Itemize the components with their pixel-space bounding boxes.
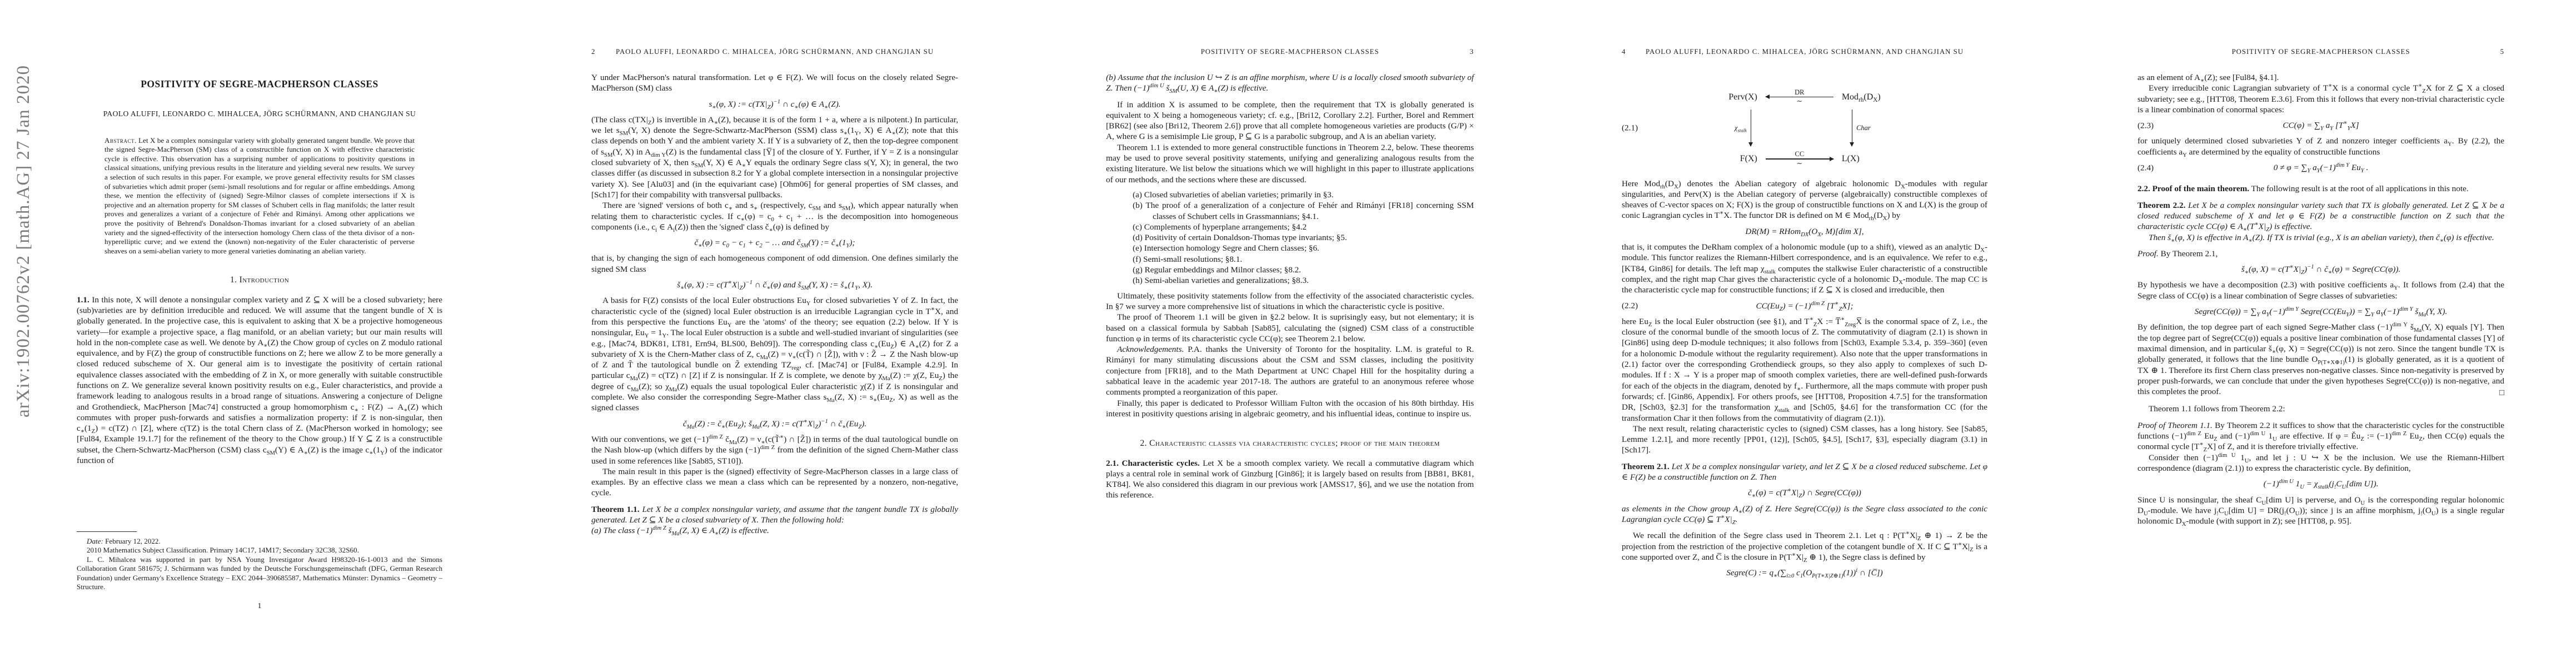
equation-number: (2.2) [1622, 301, 1638, 311]
equation-number: (2.4) [2137, 162, 2154, 173]
paragraph-lead: Theorem 2.1. [1622, 462, 1670, 471]
paragraph: Here Modrh(DX) denotes the Abelian categ… [1622, 178, 1987, 221]
left-arrow: DR∼ [1763, 89, 1836, 105]
paragraph-lead: Proof. [2137, 249, 2159, 258]
diagram-node-modrh: Modrh(DX) [1842, 92, 1881, 102]
paragraph: Theorem 1.1 follows from Theorem 2.2: [2137, 404, 2504, 414]
paragraph: There are 'signed' versions of both c∗ a… [591, 200, 958, 232]
equation: Segre(CC(φ)) = ∑Y aY(−1)dim Y Segre(CC(E… [2195, 306, 2448, 317]
paragraph: 2.1. Characteristic cycles. Let X be a s… [1106, 458, 1474, 501]
paragraph: We recall the definition of the Segre cl… [1622, 530, 1987, 563]
display-equation: š∗(φ, X) := c(T∗X|Z)−1 ∩ č∗(φ) and šSM(Y… [591, 280, 958, 290]
equation-number: (2.1) [1622, 123, 1638, 133]
paragraph: (a) The class (−1)dim Z šMa(Z, X) ∈ A∗(Z… [591, 525, 958, 536]
paragraph: for uniquely determined closed subvariet… [2137, 136, 2504, 157]
running-head: 4PAOLO ALUFFI, LEONARDO C. MIHALCEA, JÖR… [1622, 47, 1987, 56]
paper-title: POSITIVITY OF SEGRE-MACPHERSON CLASSES [77, 79, 442, 89]
paragraph-lead: 2.2. Proof of the main theorem. [2137, 184, 2249, 193]
diagram-node-l: L(X) [1842, 153, 1881, 164]
pdf-canvas: { "watermark": "arXiv:1902.00762v2 [math… [0, 0, 2576, 667]
footnote: Date: February 12, 2022. [77, 537, 442, 546]
paragraph-lead: Theorem 2.2. [2137, 201, 2185, 210]
list-item: (g) Regular embeddings and Milnor classe… [1106, 265, 1474, 275]
qed-box: □ [2499, 387, 2504, 398]
display-equation: š∗(φ, X) = c(T∗X|Z)−1 ∩ č∗(φ) = Segre(CC… [2137, 264, 2504, 275]
page-5: 5POSITIVITY OF SEGRE-MACPHERSON CLASSESa… [2137, 47, 2504, 611]
list-item: (f) Semi-small resolutions; §8.1. [1106, 254, 1474, 265]
display-equation: čMa(Z) := č∗(EuZ); šMa(Z, X) := c(T∗X|Z)… [591, 419, 958, 429]
paragraph: Ultimately, these positivity statements … [1106, 291, 1474, 312]
equation: CC(EuZ) = (−1)dim Z [T∗ZX]; [1756, 301, 1853, 311]
paragraph-lead: 2.1. Characteristic cycles. [1106, 459, 1200, 468]
list-item: (h) Semi-abelian varieties and generaliz… [1106, 275, 1474, 286]
footnote-rule [77, 531, 137, 532]
commutative-diagram: (2.1)Perv(X)DR∼Modrh(DX)χstalkCharF(X)CC… [1622, 89, 1987, 167]
page-number: 1 [77, 601, 442, 611]
paragraph: A basis for F(Z) consists of the local E… [591, 295, 958, 413]
list: (a) Closed subvarieties of abelian varie… [1106, 190, 1474, 286]
paragraph: Then š∗(φ, X) is effective in A∗(Z). If … [2137, 232, 2504, 243]
paragraph: The next result, relating characteristic… [1622, 424, 1987, 456]
paragraph-lead: Theorem 1.1. [591, 505, 640, 514]
equation: š∗(φ, X) = c(T∗X|Z)−1 ∩ č∗(φ) = Segre(CC… [2241, 264, 2400, 275]
diagram-grid: Perv(X)DR∼Modrh(DX)χstalkCharF(X)CC∼L(X) [1622, 89, 1987, 167]
equation: č∗(φ) = c0 − c1 + c2 − … and čSM(Y) := č… [695, 237, 855, 248]
paragraph: as an element of A∗(Z); see [Ful84, §4.1… [2137, 72, 2504, 83]
paragraph: The main result in this paper is the (si… [591, 466, 958, 499]
paragraph: Since U is nonsingular, the sheaf CU[dim… [2137, 495, 2504, 527]
display-equation: s∗(φ, X) := c(TX|Z)−1 ∩ c∗(φ) ∈ A∗(Z). [591, 99, 958, 109]
page-1: POSITIVITY OF SEGRE-MACPHERSON CLASSESPA… [77, 47, 442, 611]
diagram-node-f: F(X) [1728, 153, 1757, 164]
paragraph: Theorem 1.1 is extended to more general … [1106, 142, 1474, 185]
display-equation: č∗(φ) = c(T∗X|Z) ∩ Segre(CC(φ)) [1622, 487, 1987, 498]
page-2: 2PAOLO ALUFFI, LEONARDO C. MIHALCEA, JÖR… [591, 47, 958, 611]
equation: CC(φ) = ∑Y aY [T∗YX] [2283, 120, 2359, 131]
paragraph: The proof of Theorem 1.1 will be given i… [1106, 312, 1474, 344]
running-title: POSITIVITY OF SEGRE-MACPHERSON CLASSES [1106, 47, 1474, 57]
section-heading: 2. Characteristic classes via characteri… [1123, 438, 1457, 449]
paragraph: as elements in the Chow group A∗(Z) of Z… [1622, 504, 1987, 525]
down-arrow-char: Char [1842, 107, 1881, 149]
paragraph: Theorem 2.2. Let X be a complex nonsingu… [2137, 200, 2504, 232]
running-head: 3POSITIVITY OF SEGRE-MACPHERSON CLASSES [1106, 47, 1474, 56]
abstract-label: Abstract. [104, 136, 137, 145]
page-3: 3POSITIVITY OF SEGRE-MACPHERSON CLASSES … [1106, 47, 1474, 611]
list-item: (b) The proof of a generalization of a c… [1106, 200, 1474, 222]
equation: 0 ≠ φ = ∑Y aY(−1)dim Y EuY . [2274, 162, 2369, 173]
paragraph: Finally, this paper is dedicated to Prof… [1106, 398, 1474, 420]
display-equation: (−1)dim U 1U = χstalk(j!CU[dim U]). [2137, 479, 2504, 489]
paragraph: Consider then (−1)dim U 1U, and let j : … [2137, 452, 2504, 474]
paragraph: Proof of Theorem 1.1. By Theorem 2.2 it … [2137, 420, 2504, 452]
display-equation: DR(M) = RHomDX(OX, M)[dim X], [1622, 226, 1987, 237]
display-equation: (2.4)0 ≠ φ = ∑Y aY(−1)dim Y EuY . [2137, 162, 2504, 173]
equation: s∗(φ, X) := c(TX|Z)−1 ∩ c∗(φ) ∈ A∗(Z). [709, 99, 840, 109]
running-head: 5POSITIVITY OF SEGRE-MACPHERSON CLASSES [2137, 47, 2504, 56]
footnote: L. C. Mihalcea was supported in part by … [77, 555, 442, 592]
running-head: 2PAOLO ALUFFI, LEONARDO C. MIHALCEA, JÖR… [591, 47, 958, 56]
display-equation: (2.3)CC(φ) = ∑Y aY [T∗YX] [2137, 120, 2504, 131]
paragraph: Y under MacPherson's natural transformat… [591, 72, 958, 94]
right-arrow: CC∼ [1763, 151, 1836, 167]
paragraph: 2.2. Proof of the main theorem. The foll… [2137, 183, 2504, 194]
paragraph: If in addition X is assumed to be comple… [1106, 99, 1474, 142]
paragraph: Every irreducible conic Lagrangian subva… [2137, 83, 2504, 115]
list-item: (a) Closed subvarieties of abelian varie… [1106, 190, 1474, 200]
equation: č∗(φ) = c(T∗X|Z) ∩ Segre(CC(φ)) [1748, 487, 1861, 498]
down-arrow-stalk: χstalk [1728, 107, 1757, 149]
page-4: 4PAOLO ALUFFI, LEONARDO C. MIHALCEA, JÖR… [1622, 47, 1987, 611]
running-title: POSITIVITY OF SEGRE-MACPHERSON CLASSES [2137, 47, 2504, 57]
running-title: PAOLO ALUFFI, LEONARDO C. MIHALCEA, JÖRG… [1622, 47, 1987, 57]
list-item: (e) Intersection homology Segre and Cher… [1106, 243, 1474, 253]
arxiv-watermark: arXiv:1902.00762v2 [math.AG] 27 Jan 2020 [13, 53, 34, 429]
paragraph: By hypothesis we have a decomposition (2… [2137, 280, 2504, 301]
display-equation: Segre(C) := q∗(∑i≥0 c1(OP(T∗X|Z⊕1)(1))i … [1622, 568, 1987, 578]
equation-number: (2.3) [2137, 120, 2154, 131]
paragraph-lead: Acknowledgements. [1117, 345, 1184, 354]
running-title: PAOLO ALUFFI, LEONARDO C. MIHALCEA, JÖRG… [591, 47, 958, 57]
paragraph: Acknowledgements. P.A. thanks the Univer… [1106, 344, 1474, 397]
section-heading: 1. Introduction [93, 275, 426, 285]
footnote-lead: Date: [87, 537, 103, 545]
equation: (−1)dim U 1U = χstalk(j!CU[dim U]). [2264, 479, 2379, 489]
display-equation: Segre(CC(φ)) = ∑Y aY(−1)dim Y Segre(CC(E… [2137, 306, 2504, 317]
paragraph: 1.1. In this note, X will denote a nonsi… [77, 295, 442, 466]
list-item: (c) Complements of hyperplane arrangemen… [1106, 222, 1474, 232]
paragraph-lead: Proof of Theorem 1.1. [2137, 421, 2213, 430]
diagram-node-perv: Perv(X) [1728, 92, 1757, 102]
paragraph: here EuZ is the local Euler obstruction … [1622, 316, 1987, 424]
footnote: 2010 Mathematics Subject Classification.… [77, 546, 442, 555]
equation: DR(M) = RHomDX(OX, M)[dim X], [1745, 226, 1864, 237]
paragraph: With our conventions, we get (−1)dim Z č… [591, 434, 958, 466]
equation: čMa(Z) := č∗(EuZ); šMa(Z, X) := c(T∗X|Z)… [683, 419, 866, 429]
list-item: (d) Positivity of certain Donaldson-Thom… [1106, 232, 1474, 243]
display-equation: č∗(φ) = c0 − c1 + c2 − … and čSM(Y) := č… [591, 237, 958, 248]
paragraph: Theorem 1.1. Let X be a complex nonsingu… [591, 504, 958, 526]
paragraph: By definition, the top degree part of ea… [2137, 322, 2504, 398]
paragraph: that is, by changing the sign of each ho… [591, 253, 958, 275]
paragraph: Proof. By Theorem 2.1, [2137, 248, 2504, 259]
paragraph: Theorem 2.1. Let X be a complex nonsingu… [1622, 461, 1987, 483]
paragraph: (The class c(TX|Z) is invertible in A∗(Z… [591, 115, 958, 200]
paragraph-lead: 1.1. [77, 295, 89, 305]
equation: š∗(φ, X) := c(T∗X|Z)−1 ∩ č∗(φ) and šSM(Y… [677, 280, 873, 290]
equation: Segre(C) := q∗(∑i≥0 c1(OP(T∗X|Z⊕1)(1))i … [1726, 568, 1882, 578]
paragraph: that is, it computes the DeRham complex … [1622, 242, 1987, 295]
authors-line: PAOLO ALUFFI, LEONARDO C. MIHALCEA, JÖRG… [77, 108, 442, 119]
paragraph: (b) Assume that the inclusion U ↪ Z is a… [1106, 72, 1474, 94]
abstract: Abstract. Let X be a complex nonsingular… [104, 136, 415, 256]
display-equation: (2.2)CC(EuZ) = (−1)dim Z [T∗ZX]; [1622, 301, 1987, 311]
